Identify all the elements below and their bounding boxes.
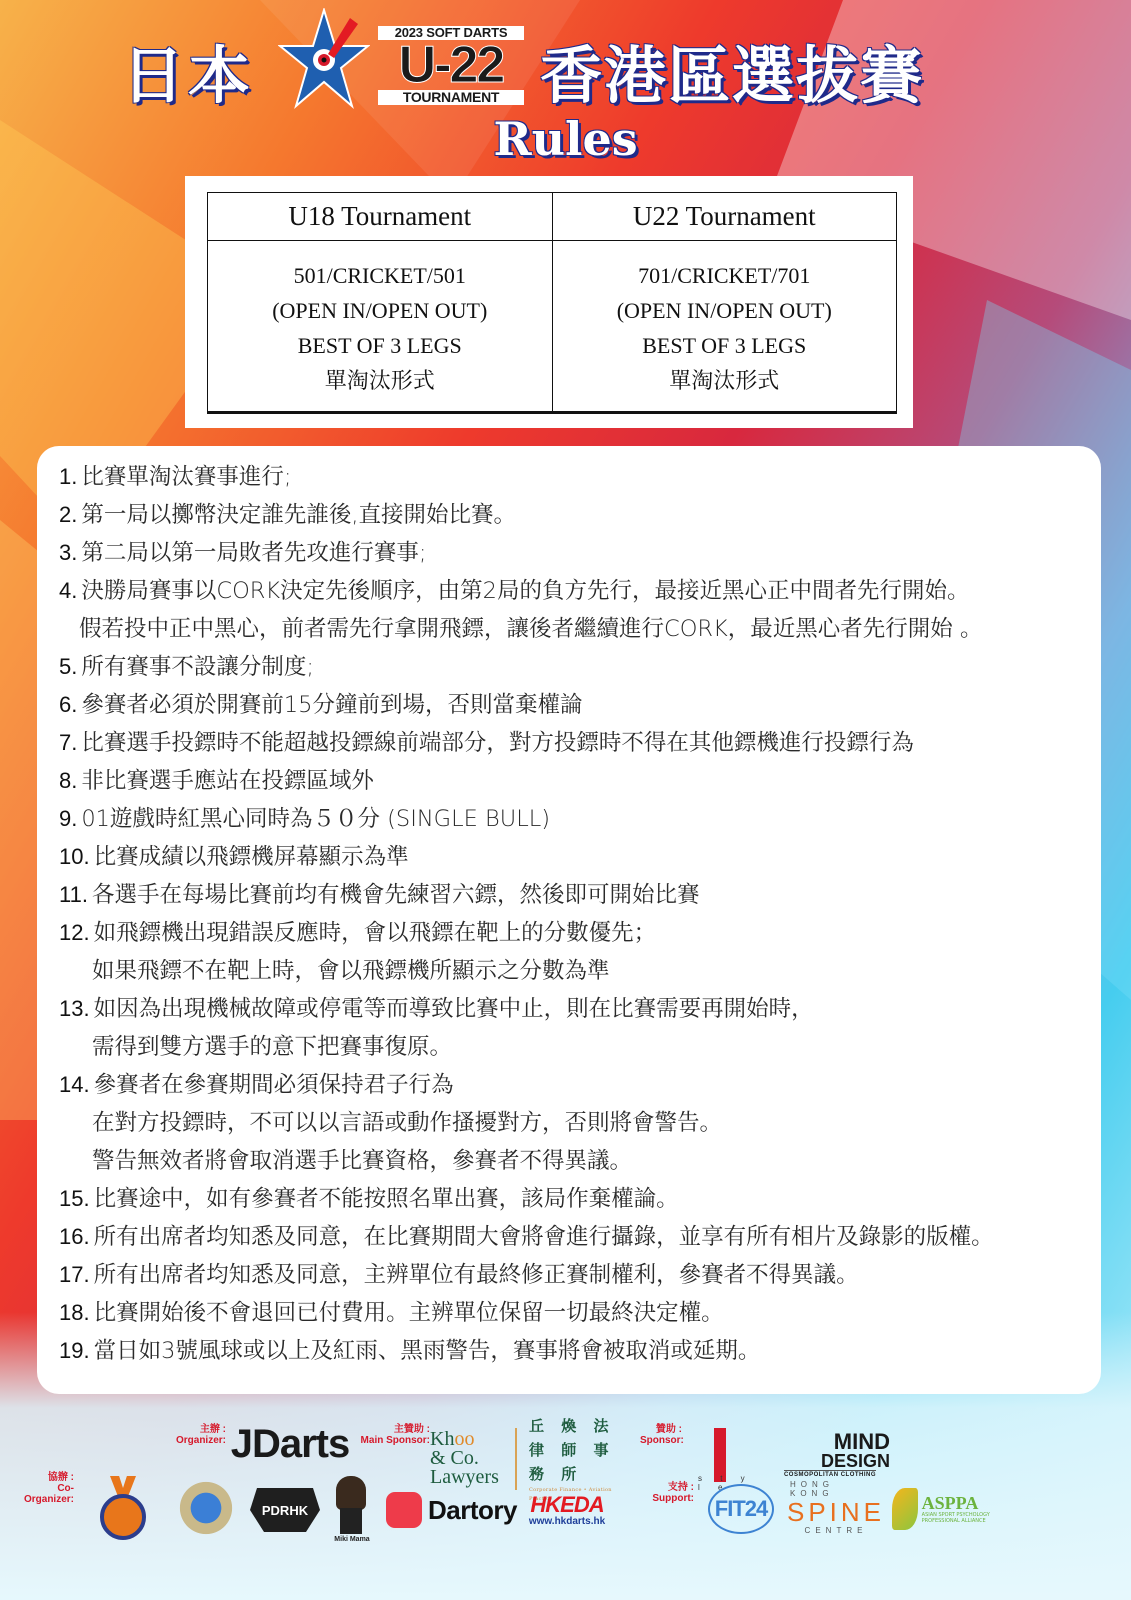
- sponsor-band: 主辦 : Organizer: JDarts 主贊助 : Main Sponso…: [0, 1396, 1131, 1600]
- column-header-u22: U22 Tournament: [552, 193, 897, 241]
- khoo-lawyers-logo: Khoo & Co. Lawyers: [430, 1430, 510, 1487]
- title-japan: 日本: [122, 26, 254, 115]
- pdrhk-logo: PDRHK: [250, 1488, 320, 1532]
- rule-item: 15.比賽途中，如有參賽者不能按照名單出賽，該局作棄權論。: [59, 1180, 1091, 1218]
- rule-item: 7.比賽選手投鏢時不能超越投鏢線前端部分，對方投鏢時不得在其他鏢機進行投鏢行為: [59, 724, 1091, 762]
- rule-item-continuation: 在對方投鏢時，不可以以言語或動作搔擾對方，否則將會警告。: [59, 1104, 1091, 1142]
- rule-item-continuation: 假若投中正中黑心，前者需先行拿開飛鏢，讓後者繼續進行CORK，最近黑心者先行開始…: [59, 610, 1091, 648]
- style-logo: s t y l e: [698, 1428, 762, 1484]
- main-sponsor-label: 主贊助 : Main Sponsor:: [360, 1424, 430, 1446]
- asppa-leaf-icon: [892, 1488, 918, 1530]
- miki-mama-logo: Miki Mama: [330, 1476, 374, 1548]
- rule-item-continuation: 如果飛鏢不在靶上時，會以飛鏢機所顯示之分數為準: [59, 952, 1091, 990]
- column-header-u18: U18 Tournament: [208, 193, 553, 241]
- format-cell-u18: 501/CRICKET/501 (OPEN IN/OPEN OUT) BEST …: [208, 241, 553, 413]
- khoo-lawyers-chinese-logo: 丘 煥 法 律 師 事 務 所 Corporate Finance • Avia…: [515, 1428, 635, 1490]
- rule-item: 2.第一局以擲幣決定誰先誰後,直接開始比賽。: [59, 496, 1091, 534]
- star-dart-logo-icon: [278, 8, 370, 110]
- rule-item: 13.如因為出現機械故障或停電等而導致比賽中止，則在比賽需要再開始時，: [59, 990, 1091, 1028]
- rule-item: 3.第二局以第一局敗者先攻進行賽事;: [59, 534, 1091, 572]
- rules-list: 1.比賽單淘汰賽事進行; 2.第一局以擲幣決定誰先誰後,直接開始比賽。 3.第二…: [59, 458, 1091, 1370]
- rule-item: 18.比賽開始後不會退回已付費用。主辨單位保留一切最終決定權。: [59, 1294, 1091, 1332]
- rule-item: 12.如飛鏢機出現錯誤反應時，會以飛鏢在靶上的分數優先；: [59, 914, 1091, 952]
- rule-item: 14.參賽者在參賽期間必須保持君子行為: [59, 1066, 1091, 1104]
- medal-association-logo: [98, 1476, 148, 1546]
- rule-item: 17.所有出席者均知悉及同意，主辨單位有最終修正賽制權利，參賽者不得異議。: [59, 1256, 1091, 1294]
- dartory-logo: Dartory: [386, 1492, 517, 1528]
- rule-item: 4.決勝局賽事以CORK決定先後順序，由第2局的負方先行，最接近黑心正中間者先行…: [59, 572, 1091, 610]
- co-organizer-label: 協辦 : Co-Organizer:: [18, 1472, 74, 1505]
- support-label: 支持 : Support:: [652, 1482, 694, 1504]
- rule-item: 5.所有賽事不設讓分制度;: [59, 648, 1091, 686]
- rule-item: 6.參賽者必須於開賽前15分鐘前到場，否則當棄權論: [59, 686, 1091, 724]
- dartory-icon: [386, 1492, 422, 1528]
- hk-spine-centre-logo: HONG KONG SPINE CENTRE: [790, 1480, 882, 1535]
- rule-item: 11.各選手在每場比賽前均有機會先練習六鏢，然後即可開始比賽: [59, 876, 1091, 914]
- format-table: U18 Tournament U22 Tournament 501/CRICKE…: [207, 192, 897, 414]
- rule-item: 19.當日如3號風球或以上及紅雨、黑雨警告，賽事將會被取消或延期。: [59, 1332, 1091, 1370]
- poster-header: 日本 2023 SOFT DARTS U-22 TOURNAMENT 香港區選拔…: [0, 0, 1131, 120]
- mind-design-logo: MIND DESIGN COSMOPOLITAN CLOTHING: [770, 1430, 890, 1480]
- rules-card: 1.比賽單淘汰賽事進行; 2.第一局以擲幣決定誰先誰後,直接開始比賽。 3.第二…: [37, 446, 1101, 1394]
- rule-item: 8.非比賽選手應站在投鏢區域外: [59, 762, 1091, 800]
- darts-club-badge-logo: [175, 1478, 237, 1538]
- rule-item: 10.比賽成績以飛鏢機屏幕顯示為準: [59, 838, 1091, 876]
- fit24-logo: FIT24: [708, 1484, 774, 1534]
- format-table-card: U18 Tournament U22 Tournament 501/CRICKE…: [185, 176, 913, 428]
- format-cell-u22: 701/CRICKET/701 (OPEN IN/OPEN OUT) BEST …: [552, 241, 897, 413]
- rule-item: 9.01遊戲時紅黑心同時為５０分 (SINGLE BULL): [59, 800, 1091, 838]
- u22-tournament-logo: 2023 SOFT DARTS U-22 TOURNAMENT: [378, 26, 524, 108]
- rule-item: 1.比賽單淘汰賽事進行;: [59, 458, 1091, 496]
- asppa-logo: ASPPA ASIAN SPORT PSYCHOLOGY PROFESSIONA…: [892, 1488, 1012, 1530]
- rule-item: 16.所有出席者均知悉及同意，在比賽期間大會將會進行攝錄，並享有所有相片及錄影的…: [59, 1218, 1091, 1256]
- sponsor-label: 贊助 : Sponsor:: [640, 1424, 682, 1446]
- title-hk-selection: 香港區選拔賽: [540, 26, 924, 115]
- hkeda-logo: HKEDA www.hkdarts.hk: [523, 1494, 611, 1527]
- rule-item-continuation: 需得到雙方選手的意下把賽事復原。: [59, 1028, 1091, 1066]
- page-title: Rules: [0, 112, 1131, 166]
- jdarts-logo: JDarts: [220, 1414, 360, 1474]
- rule-item-continuation: 警告無效者將會取消選手比賽資格，參賽者不得異議。: [59, 1142, 1091, 1180]
- organizer-label: 主辦 : Organizer:: [170, 1424, 226, 1446]
